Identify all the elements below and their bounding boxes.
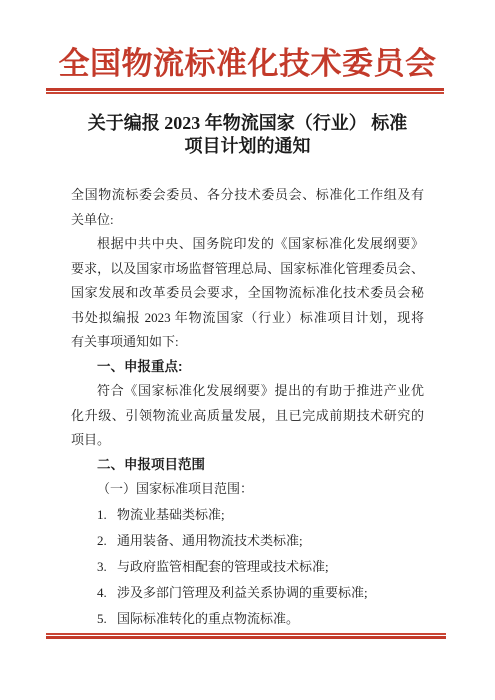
list-item-text: 与政府监管相配套的管理或技术标准; — [117, 559, 329, 574]
section1-paragraph-line: 项目。 — [71, 428, 424, 453]
list-item: 3.与政府监管相配套的管理或技术标准; — [71, 554, 424, 580]
list-item: 5.国际标准转化的重点物流标准。 — [71, 606, 424, 632]
intro-paragraph-line: 根据中共中央、国务院印发的《国家标准化发展纲要》 — [71, 232, 424, 257]
section2-heading: 二、申报项目范围 — [71, 453, 424, 478]
doc-title-line-2: 项目计划的通知 — [0, 135, 495, 158]
list-item-number: 3. — [97, 554, 117, 580]
list-item: 1.物流业基础类标准; — [71, 502, 424, 528]
document-page: 全国物流标准化技术委员会 关于编报 2023 年物流国家（行业） 标准 项目计划… — [0, 0, 495, 700]
section1-paragraph-line: 化升级、引领物流业高质量发展，且已完成前期技术研究的 — [71, 404, 424, 429]
list-item-number: 2. — [97, 528, 117, 554]
intro-paragraph-line: 书处拟编报 2023 年物流国家（行业）标准项目计划，现将 — [71, 306, 424, 331]
footer-double-rule — [46, 633, 446, 639]
section2-subheading: （一）国家标准项目范围： — [71, 477, 424, 502]
list-item-text: 涉及多部门管理及利益关系协调的重要标准; — [117, 585, 368, 600]
doc-title-line-1: 关于编报 2023 年物流国家（行业） 标准 — [0, 112, 495, 135]
intro-paragraph-line: 有关事项通知如下: — [71, 330, 424, 355]
salutation-line: 全国物流标委会委员、各分技术委员会、标准化工作组及有 — [71, 183, 424, 208]
list-item-number: 5. — [97, 606, 117, 632]
list-item-text: 国际标准转化的重点物流标准。 — [117, 611, 299, 626]
section1-heading: 一、申报重点: — [71, 355, 424, 380]
header-double-rule — [46, 88, 444, 94]
list-item-text: 通用装备、通用物流技术类标准; — [117, 533, 303, 548]
intro-paragraph-line: 要求，以及国家市场监督管理总局、国家标准化管理委员会、 — [71, 257, 424, 282]
doc-title: 关于编报 2023 年物流国家（行业） 标准 项目计划的通知 — [0, 112, 495, 158]
list-item: 2.通用装备、通用物流技术类标准; — [71, 528, 424, 554]
list-item: 4.涉及多部门管理及利益关系协调的重要标准; — [71, 580, 424, 606]
list-item-number: 1. — [97, 502, 117, 528]
letterhead-org-title: 全国物流标准化技术委员会 — [0, 42, 495, 86]
list-item-text: 物流业基础类标准; — [117, 507, 225, 522]
section1-paragraph-line: 符合《国家标准化发展纲要》提出的有助于推进产业优 — [71, 379, 424, 404]
intro-paragraph-line: 国家发展和改革委员会要求，全国物流标准化技术委员会秘 — [71, 281, 424, 306]
list-item-number: 4. — [97, 580, 117, 606]
salutation-line: 关单位: — [71, 208, 424, 233]
doc-body: 全国物流标委会委员、各分技术委员会、标准化工作组及有 关单位: 根据中共中央、国… — [71, 183, 424, 632]
